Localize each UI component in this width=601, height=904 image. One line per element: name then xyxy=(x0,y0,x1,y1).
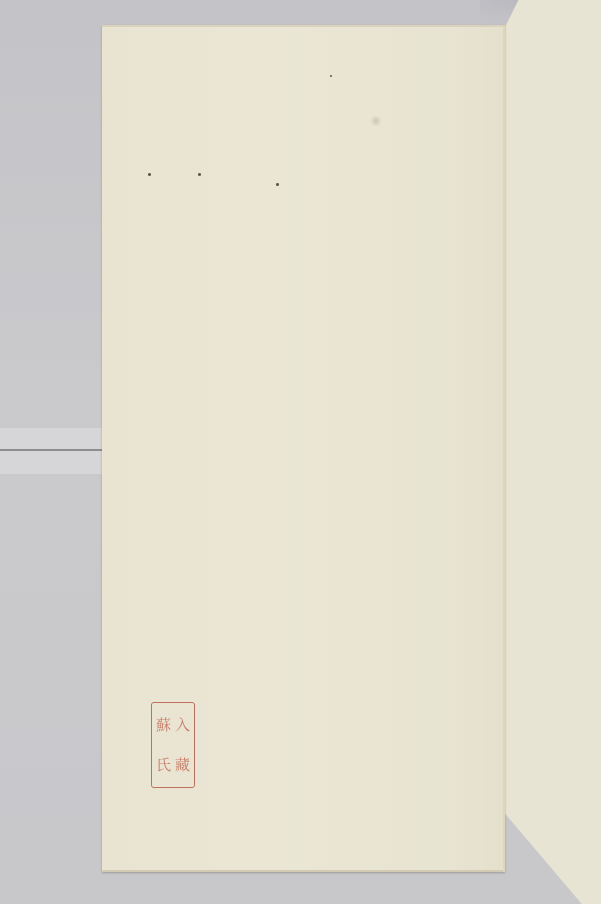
paper-speck xyxy=(330,75,332,77)
paper-smudge xyxy=(370,115,382,127)
red-seal-stamp: 蘇 入 氏 藏 xyxy=(151,702,195,788)
paper-strip xyxy=(0,428,103,474)
paper-speck xyxy=(276,183,279,186)
ruler-line xyxy=(0,449,103,451)
right-page xyxy=(505,0,601,904)
page-bottom-edge xyxy=(102,870,505,872)
seal-char: 氏 xyxy=(155,746,172,784)
page-top-edge xyxy=(102,25,505,27)
seal-char: 蘇 xyxy=(155,706,172,744)
seal-char: 藏 xyxy=(174,746,191,784)
paper-speck xyxy=(198,173,201,176)
paper-speck xyxy=(148,173,151,176)
book-gutter xyxy=(503,25,505,872)
seal-char: 入 xyxy=(174,706,191,744)
